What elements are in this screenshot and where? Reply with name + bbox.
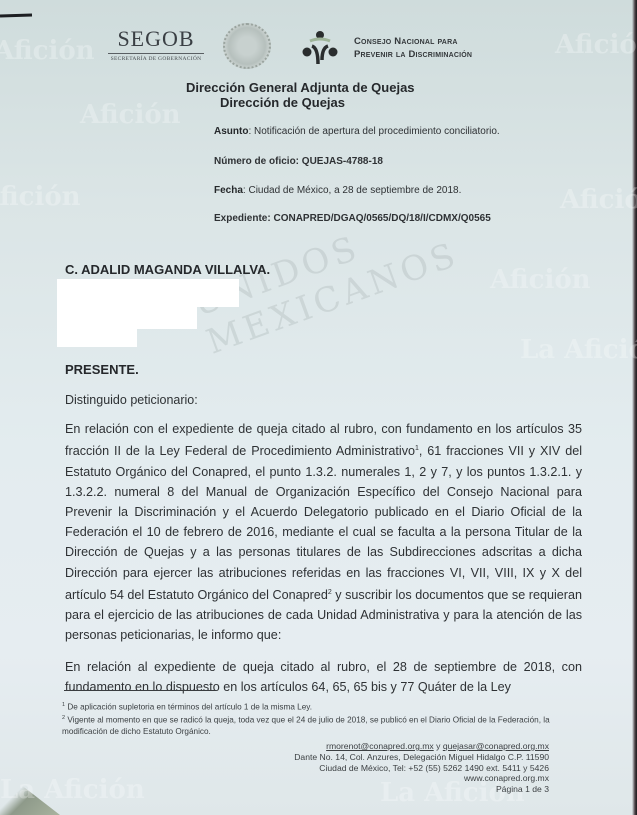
segob-name: SEGOB: [108, 28, 204, 50]
email-link-2[interactable]: quejasar@conapred.org.mx: [443, 741, 549, 751]
oficio-line: Número de oficio: QUEJAS-4788-18: [214, 156, 383, 167]
paper-corner-fold: [0, 765, 60, 815]
document-heading: Dirección General Adjunta de Quejas Dire…: [186, 80, 415, 110]
watermark-text: Afición: [560, 185, 637, 215]
conapred-logo-icon: [300, 30, 340, 66]
presente-label: PRESENTE.: [65, 362, 139, 377]
watermark-text: Afición: [555, 30, 637, 60]
watermark-text: Afición: [0, 182, 81, 212]
redaction-block: [57, 325, 137, 347]
recipient-name: C. ADALID MAGANDA VILLALVA.: [65, 262, 270, 277]
footnote-separator: [64, 690, 216, 691]
heading-line1: Dirección General Adjunta de Quejas: [186, 80, 415, 95]
body-paragraph-2: En relación al expediente de queja citad…: [65, 657, 582, 697]
expediente-line: Expediente: CONAPRED/DGAQ/0565/DQ/18/I/C…: [214, 213, 491, 224]
para1-text-b: , 61 fracciones VII y XIV del Estatuto O…: [65, 444, 582, 602]
conapred-name-line2: Prevenir la Discriminación: [354, 48, 472, 61]
website-link[interactable]: www.conapred.org.mx: [294, 773, 549, 784]
redaction-block: [57, 279, 239, 307]
segob-rule: [108, 53, 204, 54]
paper-corner-shadow: [0, 13, 32, 17]
city-phone-line: Ciudad de México, Tel: +52 (55) 5262 149…: [294, 763, 549, 774]
email-link-1[interactable]: rmorenot@conapred.org.mx: [326, 741, 434, 751]
contact-block: rmorenot@conapred.org.mx y quejasar@cona…: [294, 741, 549, 795]
paper-edge: [632, 0, 637, 815]
asunto-value: Notificación de apertura del procedimien…: [254, 126, 500, 137]
expediente-label: Expediente: [214, 213, 267, 224]
fecha-value: Ciudad de México, a 28 de septiembre de …: [248, 185, 461, 196]
segob-subtitle: SECRETARÍA DE GOBERNACIÓN: [108, 56, 204, 62]
oficio-value: QUEJAS-4788-18: [302, 156, 383, 167]
watermark-text: La Afición: [520, 335, 637, 365]
watermark-text: Afición: [490, 265, 591, 295]
segob-logo: SEGOB SECRETARÍA DE GOBERNACIÓN: [108, 28, 204, 62]
conapred-logo: Consejo Nacional para Prevenir la Discri…: [300, 30, 472, 66]
address-line: Dante No. 14, Col. Anzures, Delegación M…: [294, 752, 549, 763]
watermark-text: Afición: [0, 36, 95, 66]
fecha-label: Fecha: [214, 185, 243, 196]
page-number: Página 1 de 3: [294, 784, 549, 795]
heading-line2: Dirección de Quejas: [186, 95, 415, 110]
expediente-value: CONAPRED/DGAQ/0565/DQ/18/I/CDMX/Q0565: [273, 213, 490, 224]
coat-of-arms-icon: [223, 23, 271, 69]
salutation: Distinguido peticionario:: [65, 393, 198, 407]
footnote-2: 2 Vigente al momento en que se radicó la…: [62, 713, 562, 737]
body-paragraph-1: En relación con el expediente de queja c…: [65, 419, 582, 646]
oficio-label: Número de oficio:: [214, 156, 299, 167]
conapred-name-line1: Consejo Nacional para: [354, 35, 472, 48]
footnotes: 1 De aplicación supletoria en términos d…: [62, 700, 562, 737]
footnote-1: 1 De aplicación supletoria en términos d…: [62, 700, 562, 713]
watermark-text: Afición: [80, 100, 181, 130]
fecha-line: Fecha: Ciudad de México, a 28 de septiem…: [214, 185, 461, 196]
asunto-line: Asunto: Notificación de apertura del pro…: [214, 126, 500, 137]
asunto-label: Asunto: [214, 126, 248, 137]
